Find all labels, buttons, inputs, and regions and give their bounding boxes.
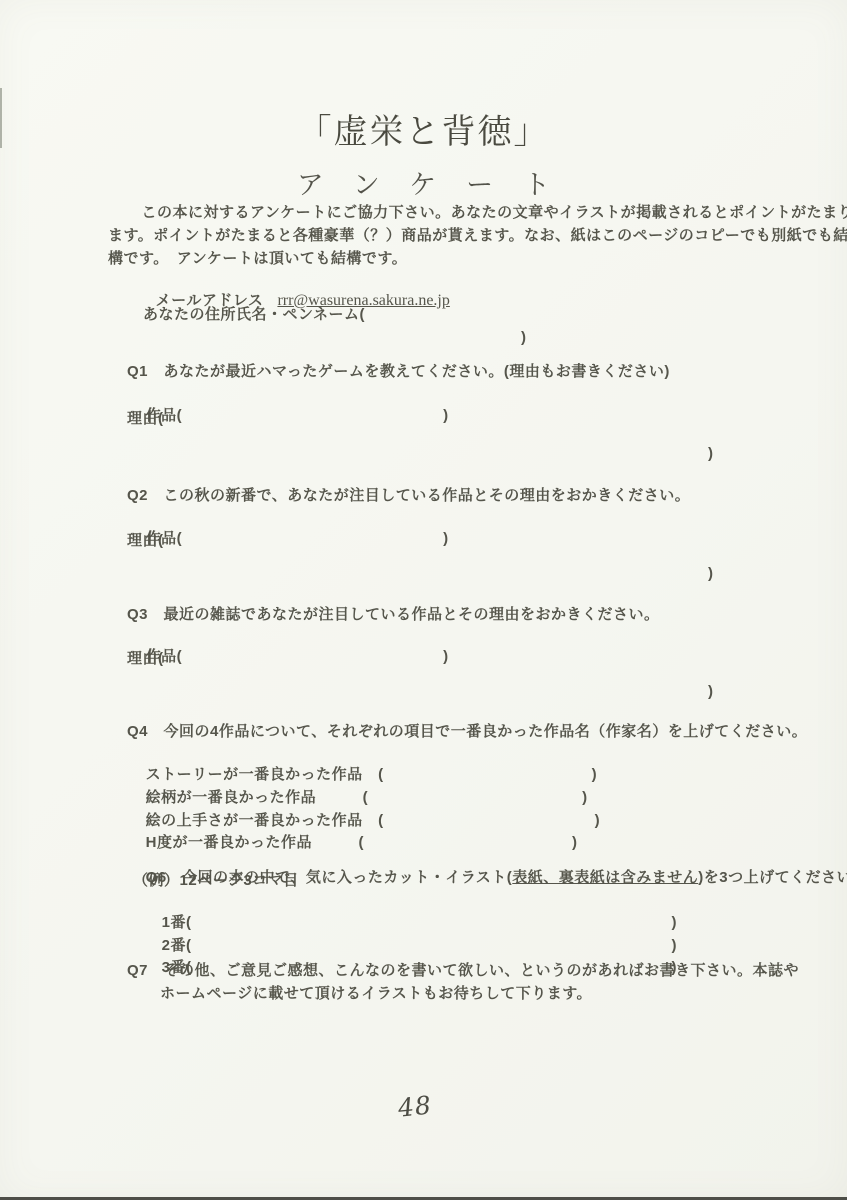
q7-heading-line-2: ホームページに載せて頂けるイラストもお待ちして下ります。 <box>160 984 592 1004</box>
q4-heading: Q4 今回の4作品について、それぞれの項目で一番良かった作品名（作家名）を上げて… <box>127 722 807 742</box>
q6-heading-underlined: 表紙、裏表紙は含みません <box>512 869 698 886</box>
q2-heading: Q2 この秋の新番で、あなたが注目している作品とその理由をおかきください。 <box>127 486 690 506</box>
q3-reason-close-paren: ) <box>708 682 714 702</box>
q1-reason-label: 理由( <box>127 409 164 429</box>
q6-heading-suffix: )を3つ上げてください。 <box>698 869 847 886</box>
close-paren: ) <box>595 812 601 829</box>
scanned-questionnaire-page: 「虚栄と背徳」 アンケート この本に対するアンケートにご協力下さい。あなたの文章… <box>0 0 847 1200</box>
handwritten-page-number: 48 <box>397 1090 434 1122</box>
doc-title: 「虚栄と背徳」 <box>0 104 847 153</box>
q1-work-close-paren: ) <box>443 407 449 424</box>
intro-line-2: ます。ポイントがたまると各種豪華（？）商品が貰えます。なお、紙はこのページのコピ… <box>108 226 847 246</box>
q3-heading: Q3 最近の雑誌であなたが注目している作品とその理由をおかきください。 <box>127 605 660 625</box>
q1-heading: Q1 あなたが最近ハマったゲームを教えてください。(理由もお書きください) <box>127 362 670 382</box>
q1-reason-close-paren: ) <box>708 444 714 464</box>
q3-work-field: 作品() <box>127 627 449 687</box>
q2-work-field: 作品() <box>127 509 449 569</box>
q7-heading-line-1: Q7 その他、ご意見ご感想、こんなのを書いて欲しい、というのがあればお書き下さい… <box>127 961 799 981</box>
q2-work-close-paren: ) <box>443 530 449 547</box>
respondent-label: あなたの住所氏名・ペンネーム( <box>143 305 365 325</box>
scan-artifact-left-edge <box>0 88 2 148</box>
q6-example: （例）12ページ3コマ目 <box>133 871 299 891</box>
close-paren: ) <box>592 766 598 783</box>
q3-reason-label: 理由( <box>127 649 164 669</box>
doc-subtitle: アンケート <box>0 163 847 202</box>
q2-reason-close-paren: ) <box>708 564 714 584</box>
intro-line-3: 構です。 アンケートは頂いても結構です。 <box>108 249 407 269</box>
intro-line-1: この本に対するアンケートにご協力下さい。あなたの文章やイラストが掲載されるとポイ… <box>126 203 847 223</box>
respondent-close-paren: ) <box>521 328 527 348</box>
q3-work-close-paren: ) <box>443 648 449 665</box>
q1-work-field: 作品() <box>127 386 449 446</box>
q2-reason-label: 理由( <box>127 531 164 551</box>
